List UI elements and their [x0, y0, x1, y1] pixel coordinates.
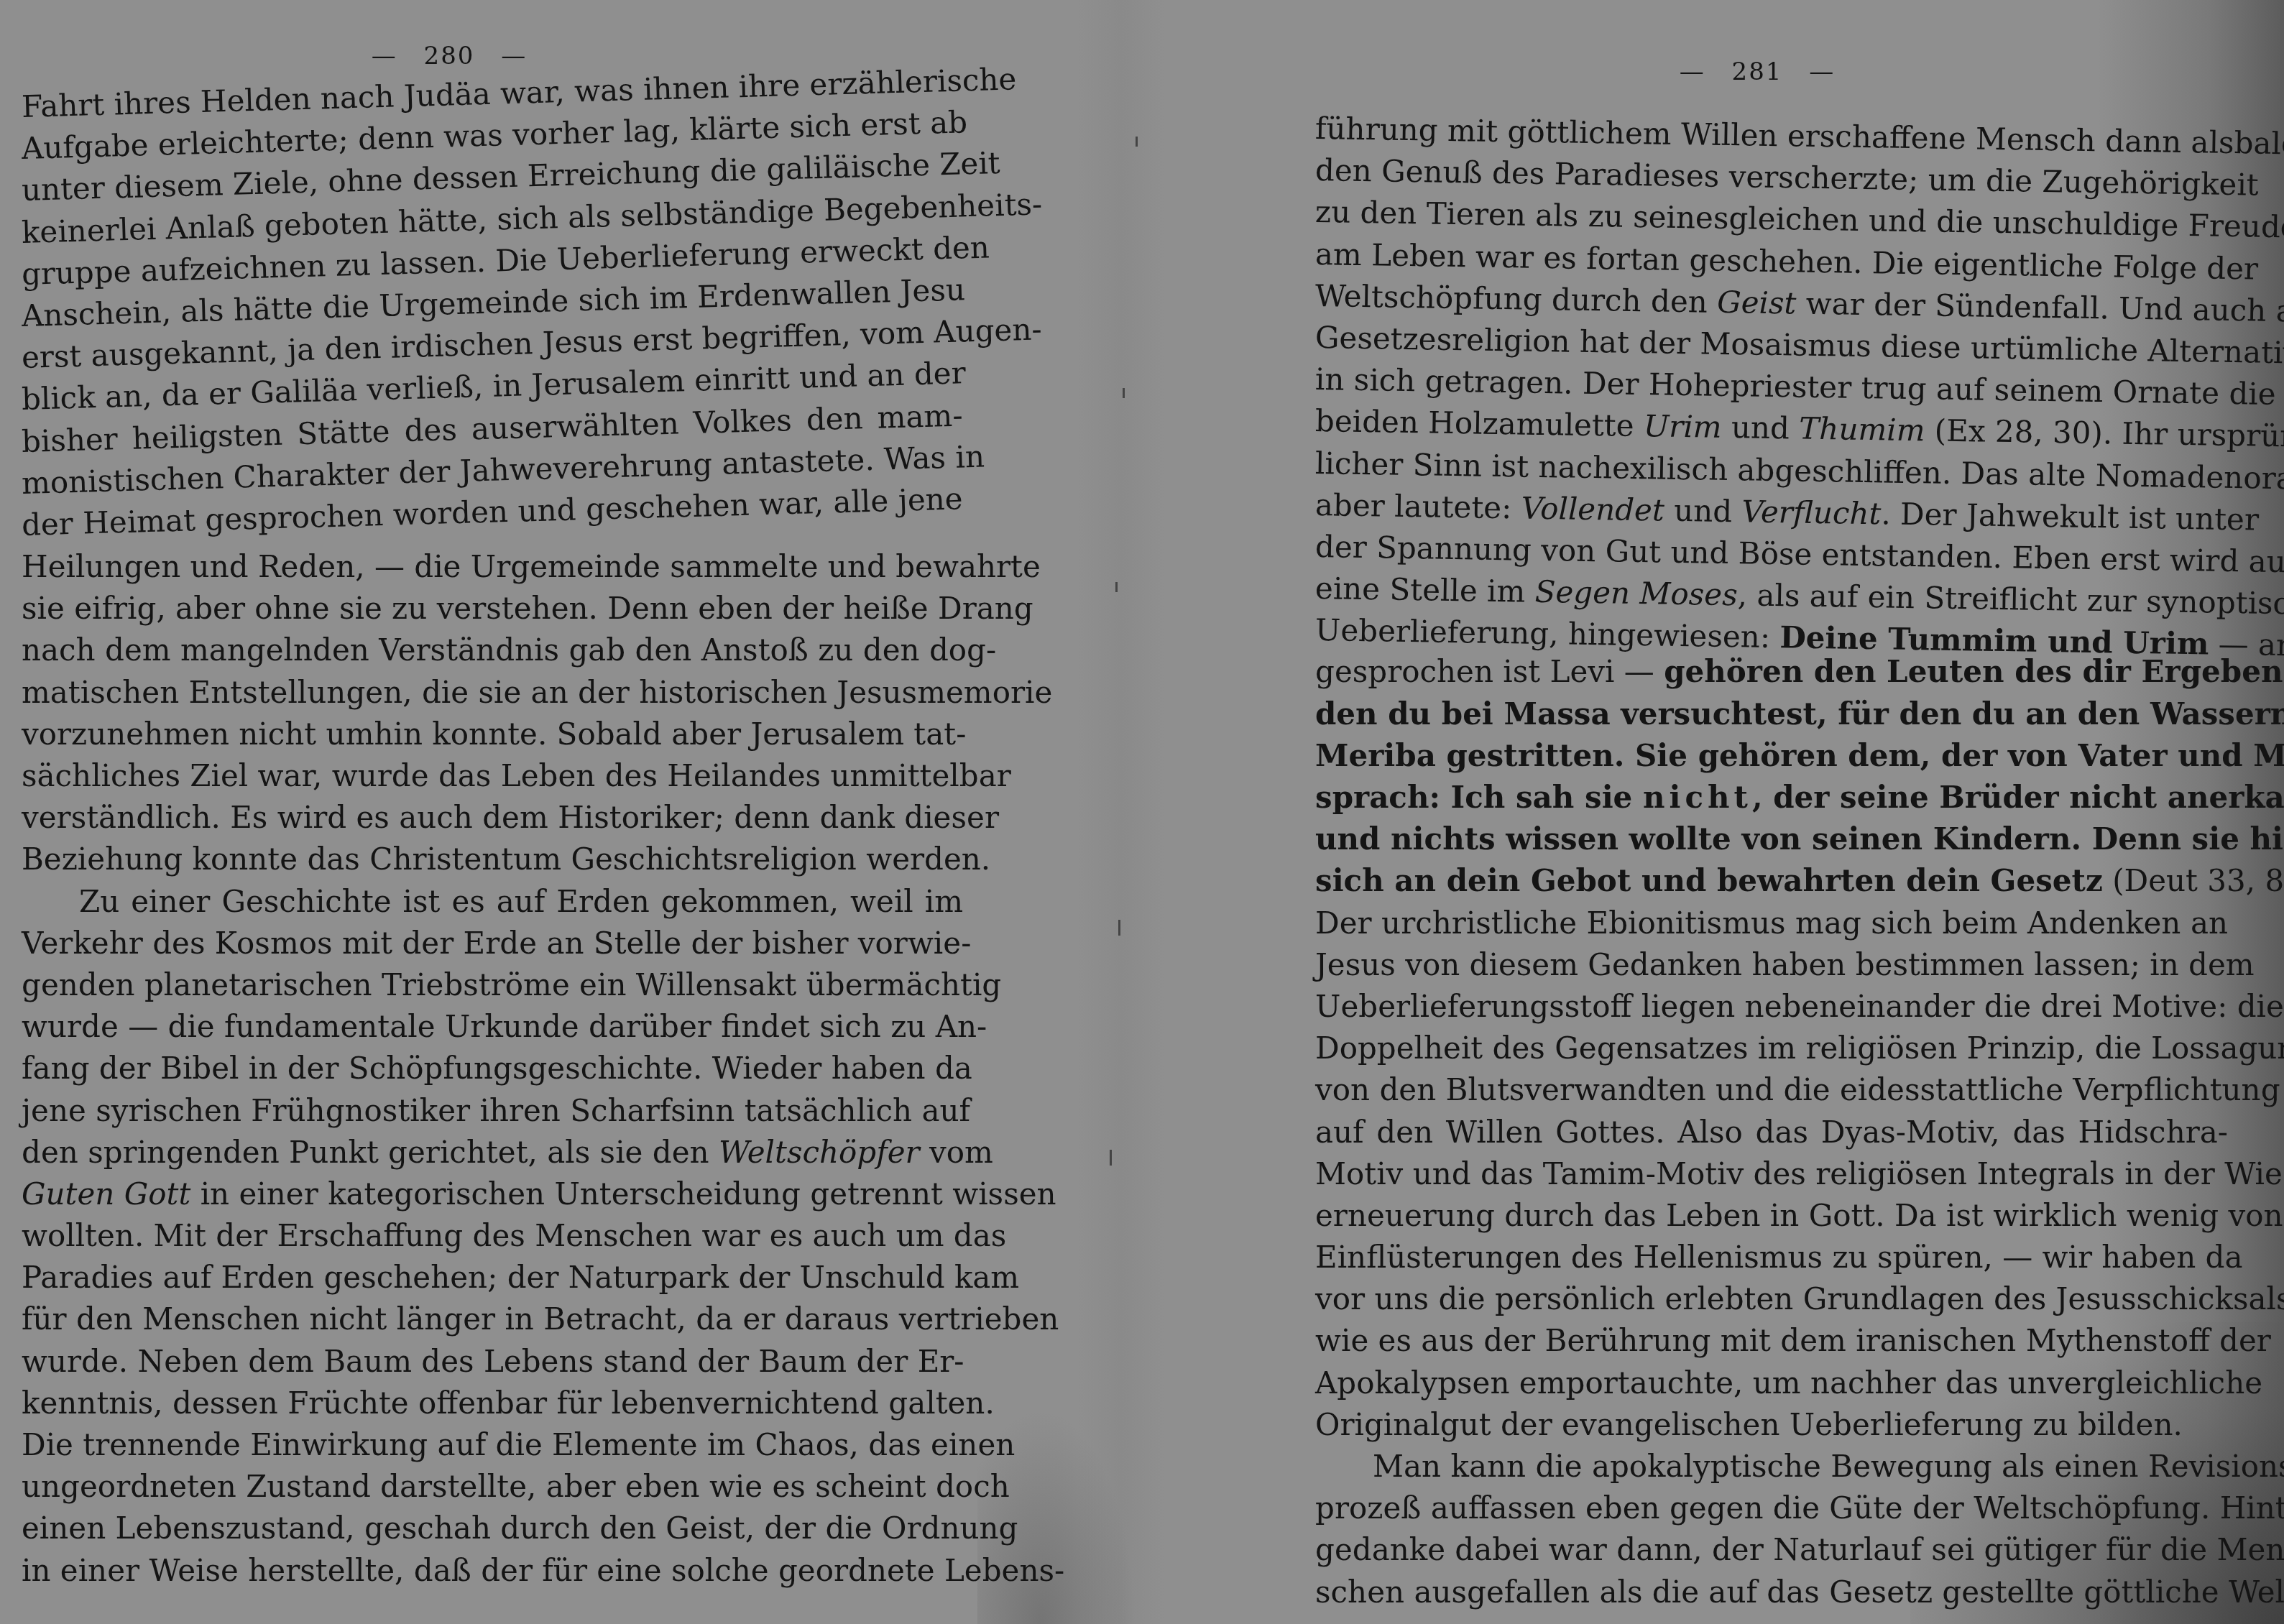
text-run: Weltschöpfung durch den [1315, 278, 1718, 320]
text-run: — an- [2209, 627, 2284, 663]
right-page: — 281 — führung mit göttlichem Willen er… [1315, 0, 2228, 1624]
text-line: sich an dein Gebot und bewahrten dein Ge… [1315, 860, 2228, 902]
bold-run: Deine Tummim und Urim [1779, 619, 2209, 661]
text-run: wollten. Mit der Erschaffung des Mensche… [22, 1218, 1006, 1253]
text-run: aber lautete: [1315, 487, 1521, 525]
text-line: Apokalypsen emportauchte, um nachher das… [1315, 1362, 2228, 1404]
text-run: ungeordneten Zustand darstellte, aber eb… [22, 1469, 1010, 1504]
folio-dash: — [1809, 57, 1835, 86]
emphasis: Segen Moses [1534, 574, 1738, 612]
text-line: vorzunehmen nicht umhin konnte. Sobald a… [22, 714, 963, 755]
text-run: Zu einer Geschichte ist es auf Erden gek… [79, 884, 963, 919]
text-run: in einer kategorischen Unterscheidung ge… [190, 1176, 1056, 1212]
text-line: den du bei Massa versuchtest, für den du… [1315, 693, 2228, 735]
text-run: genden planetarischen Triebströme ein Wi… [22, 967, 1001, 1002]
left-page-text: Fahrt ihres Helden nach Judäa war, was i… [22, 86, 963, 1592]
margin-speck [1115, 582, 1118, 592]
text-line: Die trennende Einwirkung auf die Element… [22, 1424, 963, 1466]
text-line: wollten. Mit der Erschaffung des Mensche… [22, 1215, 963, 1257]
text-run: erneuerung durch das Leben in Gott. Da i… [1315, 1198, 2283, 1233]
emphasis: Geist [1717, 285, 1797, 321]
text-run: . Der Jahwekult ist unter [1881, 496, 2259, 537]
text-run: wurde. Neben dem Baum des Lebens stand d… [22, 1344, 964, 1379]
text-run: Jesus von diesem Gedanken haben bestimme… [1315, 947, 2255, 982]
text-line: verständlich. Es wird es auch dem Histor… [22, 797, 963, 839]
bold-run: und nichts wissen wollte von seinen Kind… [1315, 821, 2284, 857]
text-run: von den Blutsverwandten und die eidessta… [1315, 1072, 2280, 1107]
text-run: gesprochen ist Levi — [1315, 654, 1664, 689]
text-run: jene syrischen Frühgnostiker ihren Schar… [22, 1093, 970, 1128]
emphasis: Verflucht [1741, 494, 1882, 531]
text-run: kenntnis, dessen Früchte offenbar für le… [22, 1385, 995, 1421]
text-run: nach dem mangelnden Verständnis gab den … [22, 632, 996, 668]
text-line: Verkehr des Kosmos mit der Erde an Stell… [22, 923, 963, 964]
text-run: für den Menschen nicht länger in Betrach… [22, 1301, 1059, 1337]
text-run: verständlich. Es wird es auch dem Histor… [22, 800, 999, 835]
emphasis: Weltschöpfer [719, 1135, 920, 1170]
text-line: in einer Weise herstellte, daß der für e… [22, 1550, 963, 1592]
text-line: vor uns die persönlich erlebten Grundlag… [1315, 1278, 2228, 1320]
text-run: und [1664, 492, 1741, 529]
text-line: Guten Gott in einer kategorischen Unters… [22, 1173, 963, 1215]
text-run: Heilungen und Reden, — die Urgemeinde sa… [22, 549, 1041, 584]
margin-speck [1136, 137, 1138, 147]
emphasis: Thumim [1799, 411, 1925, 448]
text-run: eine Stelle im [1315, 571, 1535, 609]
text-run: Paradies auf Erden geschehen; der Naturp… [22, 1260, 1019, 1295]
right-page-text: führung mit göttlichem Willen erschaffen… [1315, 108, 2228, 1613]
text-line: Einflüsterungen des Hellenismus zu spüre… [1315, 1237, 2228, 1278]
emphasis: Guten Gott [22, 1176, 190, 1212]
text-line: sie eifrig, aber ohne sie zu verstehen. … [22, 588, 963, 629]
text-run: einen Lebenszustand, geschah durch den G… [22, 1510, 1018, 1546]
text-run: prozeß auffassen eben gegen die Güte der… [1315, 1490, 2284, 1526]
folio-dash: — [372, 42, 397, 70]
text-line: Originalgut der evangelischen Ueberliefe… [1315, 1404, 2228, 1446]
book-gutter [1078, 0, 1164, 1624]
left-page: — 280 — Fahrt ihres Helden nach Judäa wa… [22, 0, 963, 1624]
text-run: Der urchristliche Ebionitismus mag sich … [1315, 905, 2228, 941]
text-run: sie eifrig, aber ohne sie zu verstehen. … [22, 591, 1033, 626]
text-run: schen ausgefallen als die auf das Gesetz… [1315, 1574, 2284, 1610]
bold-run: den du bei Massa versuchtest, für den du… [1315, 696, 2284, 732]
text-line: kenntnis, dessen Früchte offenbar für le… [22, 1383, 963, 1424]
text-line: sächliches Ziel war, wurde das Leben des… [22, 755, 963, 797]
text-line: wie es aus der Berührung mit dem iranisc… [1315, 1320, 2228, 1362]
page-number: — 281 — [1286, 57, 2228, 86]
text-line: Jesus von diesem Gedanken haben bestimme… [1315, 944, 2228, 986]
emphasis: Urim [1644, 408, 1722, 445]
text-run: sächliches Ziel war, wurde das Leben des… [22, 758, 1011, 793]
text-run: matischen Entstellungen, die sie an der … [22, 675, 1052, 710]
text-line: fang der Bibel in der Schöpfungsgeschich… [22, 1048, 963, 1089]
text-line: Doppelheit des Gegensatzes im religiösen… [1315, 1028, 2228, 1069]
text-run: Originalgut der evangelischen Ueberliefe… [1315, 1407, 2183, 1442]
text-line: Paradies auf Erden geschehen; der Naturp… [22, 1257, 963, 1298]
text-line: genden planetarischen Triebströme ein Wi… [22, 964, 963, 1006]
text-run: war der Sündenfall. Und auch als [1796, 285, 2284, 328]
text-run: gedanke dabei war dann, der Naturlauf se… [1315, 1532, 2284, 1567]
text-line: Ueberlieferungsstoff liegen nebeneinande… [1315, 986, 2228, 1028]
text-line: einen Lebenszustand, geschah durch den G… [22, 1508, 963, 1549]
text-line: erneuerung durch das Leben in Gott. Da i… [1315, 1195, 2228, 1237]
text-line: wurde — die fundamentale Urkunde darüber… [22, 1006, 963, 1048]
text-run: vom [920, 1135, 993, 1170]
text-line: ungeordneten Zustand darstellte, aber eb… [22, 1466, 963, 1508]
text-run: (Deut 33, 8 f.). [2103, 863, 2284, 898]
text-run: , als auf ein Streiflicht zur synoptisch… [1737, 577, 2284, 622]
text-run: wurde — die fundamentale Urkunde darüber… [22, 1009, 987, 1044]
text-line: Motiv und das Tamim-Motiv des religiösen… [1315, 1153, 2228, 1195]
text-run: den springenden Punkt gerichtet, als sie… [22, 1135, 719, 1170]
text-line: Zu einer Geschichte ist es auf Erden gek… [22, 881, 963, 923]
text-run: (Ex 28, 30). Ihr ursprüng- [1925, 413, 2284, 455]
text-line: den springenden Punkt gerichtet, als sie… [22, 1132, 963, 1173]
text-line: Heilungen und Reden, — die Urgemeinde sa… [22, 546, 963, 588]
text-run: Die trennende Einwirkung auf die Element… [22, 1427, 1015, 1462]
text-run: vorzunehmen nicht umhin konnte. Sobald a… [22, 716, 966, 752]
text-run: Beziehung konnte das Christentum Geschic… [22, 841, 990, 877]
text-line: wurde. Neben dem Baum des Lebens stand d… [22, 1341, 963, 1383]
margin-speck [1118, 920, 1120, 936]
emphasis: Vollendet [1521, 490, 1664, 527]
folio-dash: — [501, 42, 527, 70]
text-line: Meriba gestritten. Sie gehören dem, der … [1315, 735, 2228, 777]
text-run: Man kann die apokalyptische Bewegung als… [1373, 1449, 2284, 1484]
bold-run: nicht [1643, 780, 1752, 815]
book-spread: — 280 — Fahrt ihres Helden nach Judäa wa… [0, 0, 2284, 1624]
text-run: wie es aus der Berührung mit dem iranisc… [1315, 1323, 2271, 1358]
text-line: sprach: Ich sah sie nicht, der seine Brü… [1315, 777, 2228, 818]
text-run: Einflüsterungen des Hellenismus zu spüre… [1315, 1240, 2243, 1275]
bold-run: sprach: Ich sah sie [1315, 780, 1643, 815]
folio-dash: — [1680, 57, 1705, 86]
text-run: Ueberlieferung, hingewiesen: [1315, 612, 1780, 655]
text-line: für den Menschen nicht länger in Betrach… [22, 1298, 963, 1340]
text-run: auf den Willen Gottes. Also das Dyas-Mot… [1315, 1115, 2228, 1150]
text-line: von den Blutsverwandten und die eidessta… [1315, 1069, 2228, 1111]
text-run: in einer Weise herstellte, daß der für e… [22, 1553, 1064, 1588]
text-run: Motiv und das Tamim-Motiv des religiösen… [1315, 1156, 2284, 1191]
page-number-value: 280 [424, 42, 475, 70]
text-run: Verkehr des Kosmos mit der Erde an Stell… [22, 926, 971, 961]
bold-run: , der seine Brüder nicht anerkannte [1752, 780, 2284, 815]
text-run: und [1721, 410, 1799, 446]
text-line: Man kann die apokalyptische Bewegung als… [1315, 1446, 2228, 1487]
text-line: schen ausgefallen als die auf das Gesetz… [1315, 1572, 2228, 1613]
page-number-value: 281 [1732, 57, 1783, 86]
text-run: Apokalypsen emportauchte, um nachher das… [1315, 1365, 2262, 1401]
text-line: jene syrischen Frühgnostiker ihren Schar… [22, 1090, 963, 1132]
text-run: beiden Holzamulette [1315, 403, 1644, 443]
text-run: Ueberlieferungsstoff liegen nebeneinande… [1315, 989, 2284, 1024]
margin-speck [1123, 388, 1125, 398]
text-line: gedanke dabei war dann, der Naturlauf se… [1315, 1529, 2228, 1571]
text-line: matischen Entstellungen, die sie an der … [22, 672, 963, 714]
text-run: vor uns die persönlich erlebten Grundlag… [1315, 1281, 2284, 1316]
bold-run: Meriba gestritten. Sie gehören dem, der … [1315, 738, 2284, 773]
text-run: Doppelheit des Gegensatzes im religiösen… [1315, 1030, 2284, 1066]
text-line: und nichts wissen wollte von seinen Kind… [1315, 818, 2228, 860]
text-line: nach dem mangelnden Verständnis gab den … [22, 629, 963, 671]
text-line: prozeß auffassen eben gegen die Güte der… [1315, 1487, 2228, 1529]
text-line: Beziehung konnte das Christentum Geschic… [22, 839, 963, 880]
margin-speck [1110, 1150, 1112, 1166]
text-run: fang der Bibel in der Schöpfungsgeschich… [22, 1051, 972, 1086]
text-line: auf den Willen Gottes. Also das Dyas-Mot… [1315, 1112, 2228, 1153]
text-line: Der urchristliche Ebionitismus mag sich … [1315, 903, 2228, 944]
bold-run: sich an dein Gebot und bewahrten dein Ge… [1315, 863, 2103, 898]
